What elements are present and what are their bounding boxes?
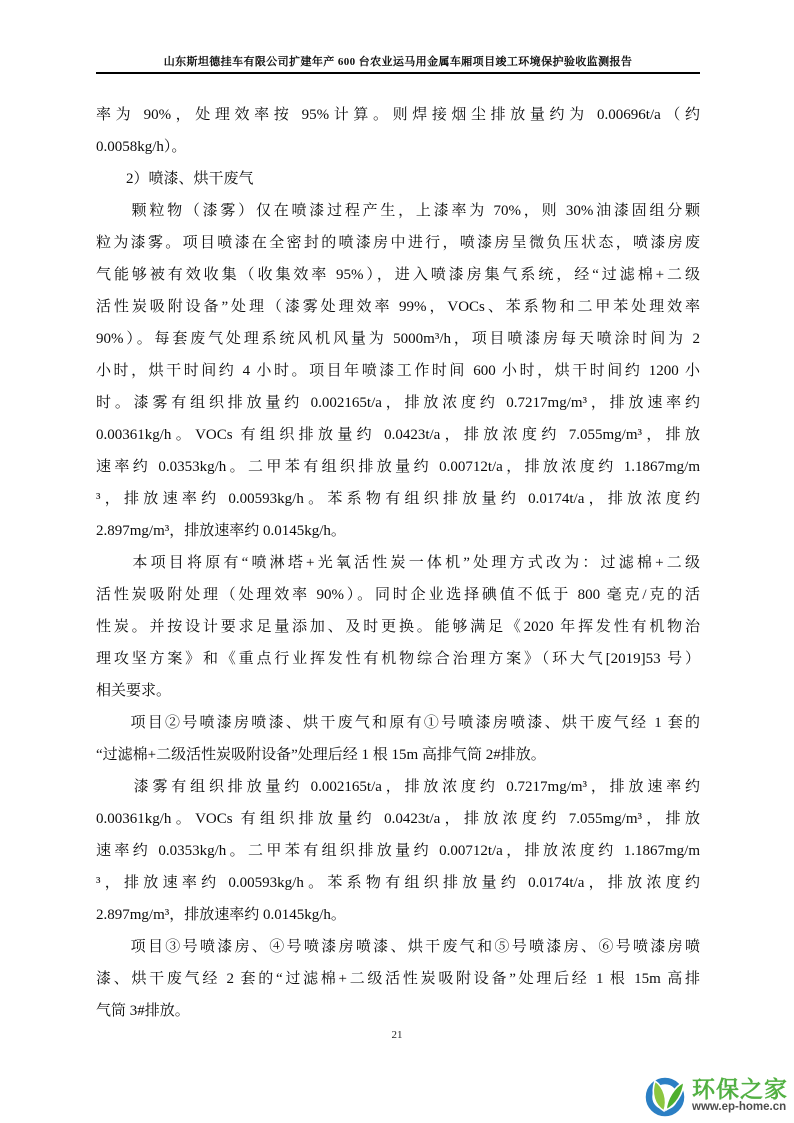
body-line: 率为 90%，处理效率按 95%计算。则焊接烟尘排放量约为 0.00696t/a… [96,99,700,131]
body-line: 本项目将原有“喷淋塔+光氧活性炭一体机”处理方式改为：过滤棉+二级 [96,547,700,579]
body-line: 速率约 0.0353kg/h。二甲苯有组织排放量约 0.00712t/a，排放浓… [96,451,700,483]
body-line: 项目②号喷漆房喷漆、烘干废气和原有①号喷漆房喷漆、烘干废气经 1 套的 [96,707,700,739]
body-line: 气筒 3#排放。 [96,995,700,1027]
body-line: ³，排放速率约 0.00593kg/h。苯系物有组织排放量约 0.0174t/a… [96,483,700,515]
body-line: 时。漆雾有组织排放量约 0.002165t/a，排放浓度约 0.7217mg/m… [96,387,700,419]
body-line: 性炭。并按设计要求足量添加、及时更换。能够满足《2020 年挥发性有机物治 [96,611,700,643]
watermark-text: 环保之家 www.ep-home.cn [692,1078,788,1114]
body-line: “过滤棉+二级活性炭吸附设备”处理后经 1 根 15m 高排气筒 2#排放。 [96,739,700,771]
header-title: 山东斯坦德挂车有限公司扩建年产 600 台农业运马用金属车厢项目竣工环境保护验收… [96,53,700,69]
body-line: 漆雾有组织排放量约 0.002165t/a，排放浓度约 0.7217mg/m³，… [96,771,700,803]
body-line: 0.00361kg/h。VOCs 有组织排放量约 0.0423t/a，排放浓度约… [96,419,700,451]
body-line: 0.0058kg/h）。 [96,131,700,163]
body-line: 2.897mg/m³，排放速率约 0.0145kg/h。 [96,515,700,547]
body-line: 气能够被有效收集（收集效率 95%），进入喷漆房集气系统，经“过滤棉+二级 [96,259,700,291]
body-line: 粒为漆雾。项目喷漆在全密封的喷漆房中进行，喷漆房呈微负压状态，喷漆房废 [96,227,700,259]
watermark-logo: 环保之家 www.ep-home.cn [643,1074,788,1118]
report-page: 山东斯坦德挂车有限公司扩建年产 600 台农业运马用金属车厢项目竣工环境保护验收… [0,0,794,1123]
body-line: 小时，烘干时间约 4 小时。项目年喷漆工作时间 600 小时，烘干时间约 120… [96,355,700,387]
brand-url: www.ep-home.cn [692,1102,788,1114]
page-header: 山东斯坦德挂车有限公司扩建年产 600 台农业运马用金属车厢项目竣工环境保护验收… [96,53,700,74]
body-line: 活性炭吸附设备”处理（漆雾处理效率 99%，VOCs、苯系物和二甲苯处理效率 [96,291,700,323]
body-line: 理攻坚方案》和《重点行业挥发性有机物综合治理方案》（环大气[2019]53 号） [96,643,700,675]
body-line: 速率约 0.0353kg/h。二甲苯有组织排放量约 0.00712t/a，排放浓… [96,835,700,867]
body-line: 相关要求。 [96,675,700,707]
body-line: ³，排放速率约 0.00593kg/h。苯系物有组织排放量约 0.0174t/a… [96,867,700,899]
body-line: 活性炭吸附处理（处理效率 90%）。同时企业选择碘值不低于 800 毫克/克的活 [96,579,700,611]
body-line: 颗粒物（漆雾）仅在喷漆过程产生，上漆率为 70%，则 30%油漆固组分颗 [96,195,700,227]
body-line: 2.897mg/m³，排放速率约 0.0145kg/h。 [96,899,700,931]
body-line: 漆、烘干废气经 2 套的“过滤棉+二级活性炭吸附设备”处理后经 1 根 15m … [96,963,700,995]
body-line: 项目③号喷漆房、④号喷漆房喷漆、烘干废气和⑤号喷漆房、⑥号喷漆房喷 [96,931,700,963]
document-body: 率为 90%，处理效率按 95%计算。则焊接烟尘排放量约为 0.00696t/a… [96,99,700,1027]
header-divider [96,72,700,74]
body-line: 90%）。每套废气处理系统风机风量为 5000m³/h，项目喷漆房每天喷涂时间为… [96,323,700,355]
body-line: 2）喷漆、烘干废气 [96,163,700,195]
body-line: 0.00361kg/h。VOCs 有组织排放量约 0.0423t/a，排放浓度约… [96,803,700,835]
brand-name: 环保之家 [692,1078,788,1101]
leaf-circle-icon [643,1074,687,1118]
page-number: 21 [0,1029,794,1041]
